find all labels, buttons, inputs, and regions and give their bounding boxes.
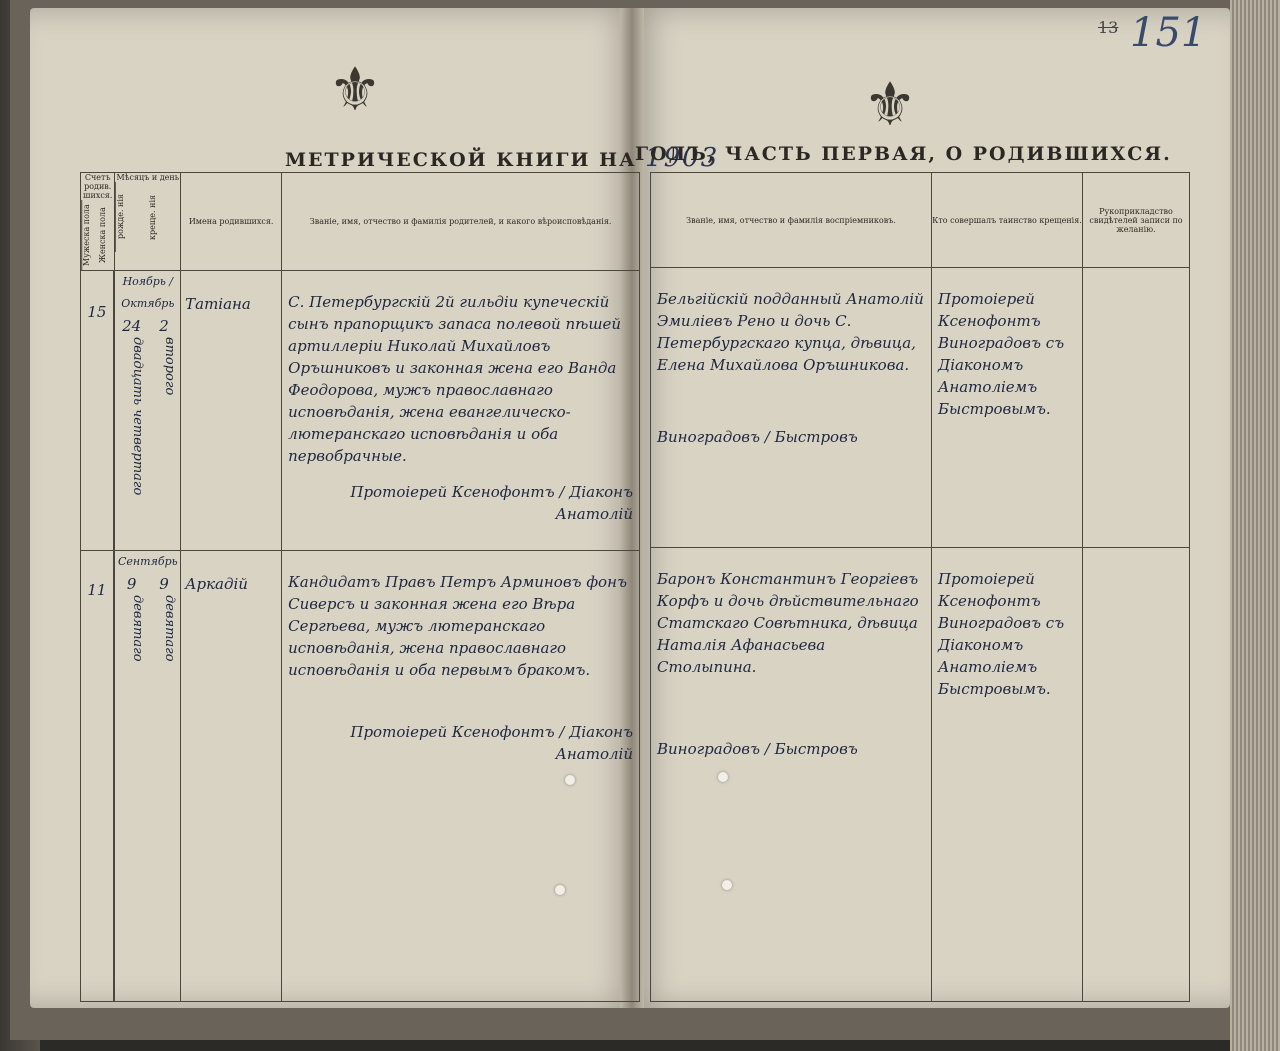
table-row: 11 Сентябрь 9 9 девятаго девятаго Аркаді… [81,551,640,1002]
entry-signature-right: Виноградовъ / Быстровъ [657,426,925,448]
table-row: Баронъ Константинъ Георгіевъ Корфъ и доч… [651,548,1190,1002]
header-male: Мужеска пола [81,200,98,270]
header-born: рожде. нія [115,182,148,252]
entry-child-name: Татіана [181,271,282,551]
table-row: Бельгійскій подданный Анатолій Эмилiевъ … [651,268,1190,548]
register-table-right: Званіе, имя, отчество и фамилія воспріем… [650,172,1190,1002]
header-performed-by: Кто совершалъ таинство крещенія. [932,173,1083,268]
entry-born-day: 9 [115,573,147,595]
binding-hole [565,775,575,785]
entry-born-word: двадцать четвертаго [115,337,147,517]
entry-parents: Кандидатъ Правъ Петръ Арминовъ фонъ Сиве… [288,571,633,681]
entry-baptized-word: второго [148,337,180,517]
header-signatures: Рукоприкладство свидѣтелей записи по жел… [1083,173,1190,268]
page-number: 151 [1130,10,1206,56]
entry-signature-left: Протоiерей Ксенофонтъ / Дiаконъ Анатолій [288,481,633,525]
table-row: 15 Ноябрь / Октябрь 24 2 двадцать четвер… [81,271,640,551]
entry-baptized-word: девятаго [148,595,180,745]
title-text-left: МЕТРИЧЕСКОЙ КНИГИ НА [285,149,637,171]
entry-month: Ноябрь / Октябрь [115,271,180,315]
entry-witness-signatures [1083,268,1190,548]
entry-parents: С. Петербургскiй 2й гильдіи купеческій с… [288,291,633,467]
entry-godparents: Баронъ Константинъ Георгіевъ Корфъ и доч… [657,568,925,678]
title-right: ГОДЪ, ЧАСТЬ ПЕРВАЯ, О РОДИВШИХСЯ. [635,143,1172,165]
header-godparents: Званіе, имя, отчество и фамилія воспріем… [651,173,932,268]
entry-performed-by: Протоiерей Ксенофонтъ Виноградовъ съ Дiа… [932,268,1083,548]
entry-baptized-day: 2 [148,315,180,337]
entry-baptized-day: 9 [148,573,180,595]
header-name: Имена родившихся. [181,173,282,271]
header-count: Счетъ родив. шихся. Мужеска пола Женска … [81,173,115,271]
header-baptized: креще. нія [148,182,180,252]
register-table-left: Счетъ родив. шихся. Мужеска пола Женска … [80,172,640,1002]
entry-month: Сентябрь [115,551,180,573]
entry-godparents: Бельгійскій подданный Анатолій Эмилiевъ … [657,288,925,376]
old-page-number: 13 [1098,18,1118,37]
binding-hole [718,772,728,782]
entry-signature-left: Протоiерей Ксенофонтъ / Дiаконъ Анатолій [288,721,633,765]
header-female: Женска пола [98,200,114,270]
header-month-day: Мѣсяцъ и день рожде. нія креще. нія [115,173,181,271]
header-parents: Званіе, имя, отчество и фамилія родителе… [282,173,640,271]
binding-hole [555,885,565,895]
entry-born-day: 24 [115,315,147,337]
imperial-crest-icon: ⚜ [845,60,935,150]
entry-born-word: девятаго [115,595,147,745]
entry-male-num: 11 [81,551,114,1002]
entry-witness-signatures [1083,548,1190,1002]
entry-male-num: 15 [81,271,114,551]
entry-signature-right: Виноградовъ / Быстровъ [657,738,925,760]
imperial-crest-icon: ⚜ [310,45,400,135]
entry-performed-by: Протоiерей Ксенофонтъ Виноградовъ съ Дiа… [932,548,1083,1002]
binding-hole [722,880,732,890]
book-edge-right [1230,0,1280,1051]
entry-child-name: Аркадій [181,551,282,1002]
